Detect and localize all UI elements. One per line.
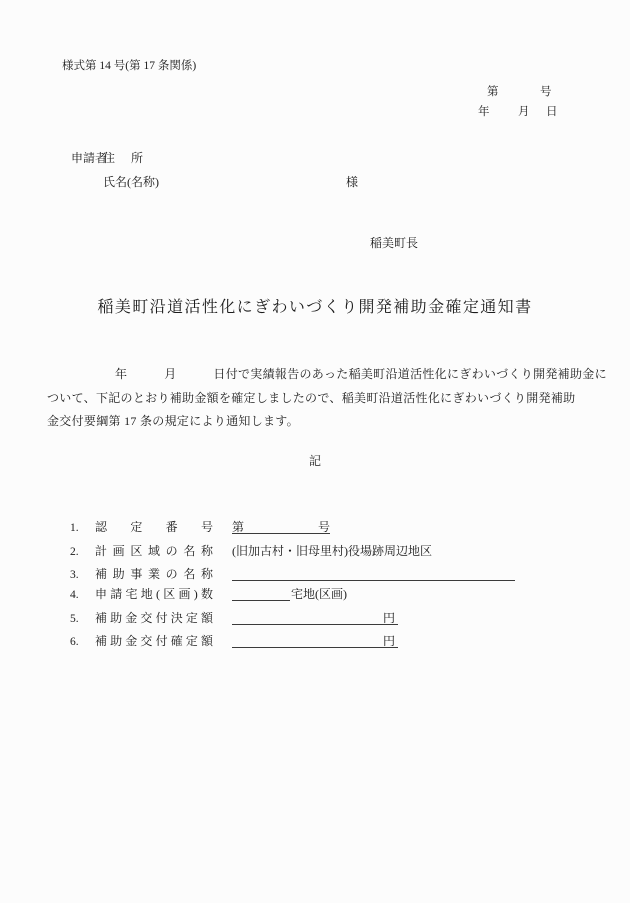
- list-item-grant-confirmed-amount: 6. 補助金交付確定額 円: [70, 635, 398, 649]
- doc-number-prefix: 第: [487, 87, 499, 99]
- item-number: 4.: [70, 590, 95, 602]
- body-line: ついて、下記のとおり補助金額を確定しましたので、稲美町沿道活性化にぎわいづくり開…: [47, 387, 587, 411]
- form-number: 様式第 14 号(第 17 条関係): [62, 61, 196, 73]
- body-line: 年 月 日付で実績報告のあった稲美町沿道活性化にぎわいづくり開発補助金に: [47, 363, 587, 387]
- item-label: 補助金交付確定額: [95, 635, 213, 647]
- item-number: 3.: [70, 570, 95, 582]
- plan-area-value: (旧加古村・旧母里村)役場跡周辺地区: [232, 545, 432, 557]
- doc-number-suffix: 号: [540, 87, 552, 99]
- sender-name: 稲美町長: [370, 237, 418, 249]
- list-item-project-name: 3. 補助事業の名称: [70, 568, 515, 582]
- item-number: 6.: [70, 637, 95, 649]
- list-item-grant-decided-amount: 5. 補助金交付決定額 円: [70, 612, 398, 626]
- item-number: 5.: [70, 614, 95, 626]
- document-title: 稲美町沿道活性化にぎわいづくり開発補助金確定通知書: [0, 300, 630, 316]
- list-item-certification-number: 1. 認定番号 第 号: [70, 521, 330, 535]
- body-paragraph: 年 月 日付で実績報告のあった稲美町沿道活性化にぎわいづくり開発補助金に ついて…: [47, 363, 587, 434]
- date-year-label: 年: [478, 107, 490, 119]
- item-label: 補助金交付決定額: [95, 612, 213, 624]
- currency-unit: 円: [383, 635, 395, 647]
- list-item-plan-area-name: 2. 計画区域の名称 (旧加古村・旧母里村)役場跡周辺地区: [70, 545, 432, 559]
- currency-unit: 円: [383, 612, 395, 624]
- document-page: 様式第 14 号(第 17 条関係) 第 号 年 月 日 申請者 住 所 氏名(…: [0, 0, 630, 903]
- decided-amount-blank: 円: [232, 612, 398, 625]
- confirmed-amount-blank: 円: [232, 635, 398, 648]
- blank-prefix: 第: [232, 521, 244, 533]
- list-item-lot-count: 4. 申請宅地(区画)数 宅地(区画): [70, 588, 347, 602]
- lot-count-blank: [232, 596, 290, 601]
- lot-count-suffix: 宅地(区画): [291, 588, 347, 600]
- project-name-blank: [232, 576, 515, 581]
- ki-heading: 記: [0, 455, 630, 467]
- applicant-name-label: 氏名(名称): [103, 176, 159, 188]
- item-label: 計画区域の名称: [95, 545, 213, 557]
- body-line: 金交付要綱第 17 条の規定により通知します。: [47, 410, 587, 434]
- item-label: 認定番号: [95, 521, 213, 533]
- date-day-label: 日: [546, 107, 558, 119]
- item-number: 1.: [70, 523, 95, 535]
- item-label: 申請宅地(区画)数: [95, 588, 213, 600]
- item-number: 2.: [70, 547, 95, 559]
- date-month-label: 月: [518, 107, 530, 119]
- item-label: 補助事業の名称: [95, 568, 213, 580]
- blank-suffix: 号: [318, 521, 330, 533]
- certification-number-blank: 第 号: [232, 521, 330, 534]
- applicant-address-label: 住 所: [103, 152, 145, 164]
- applicant-honorific: 様: [346, 176, 358, 188]
- applicant-label: 申請者: [71, 152, 107, 164]
